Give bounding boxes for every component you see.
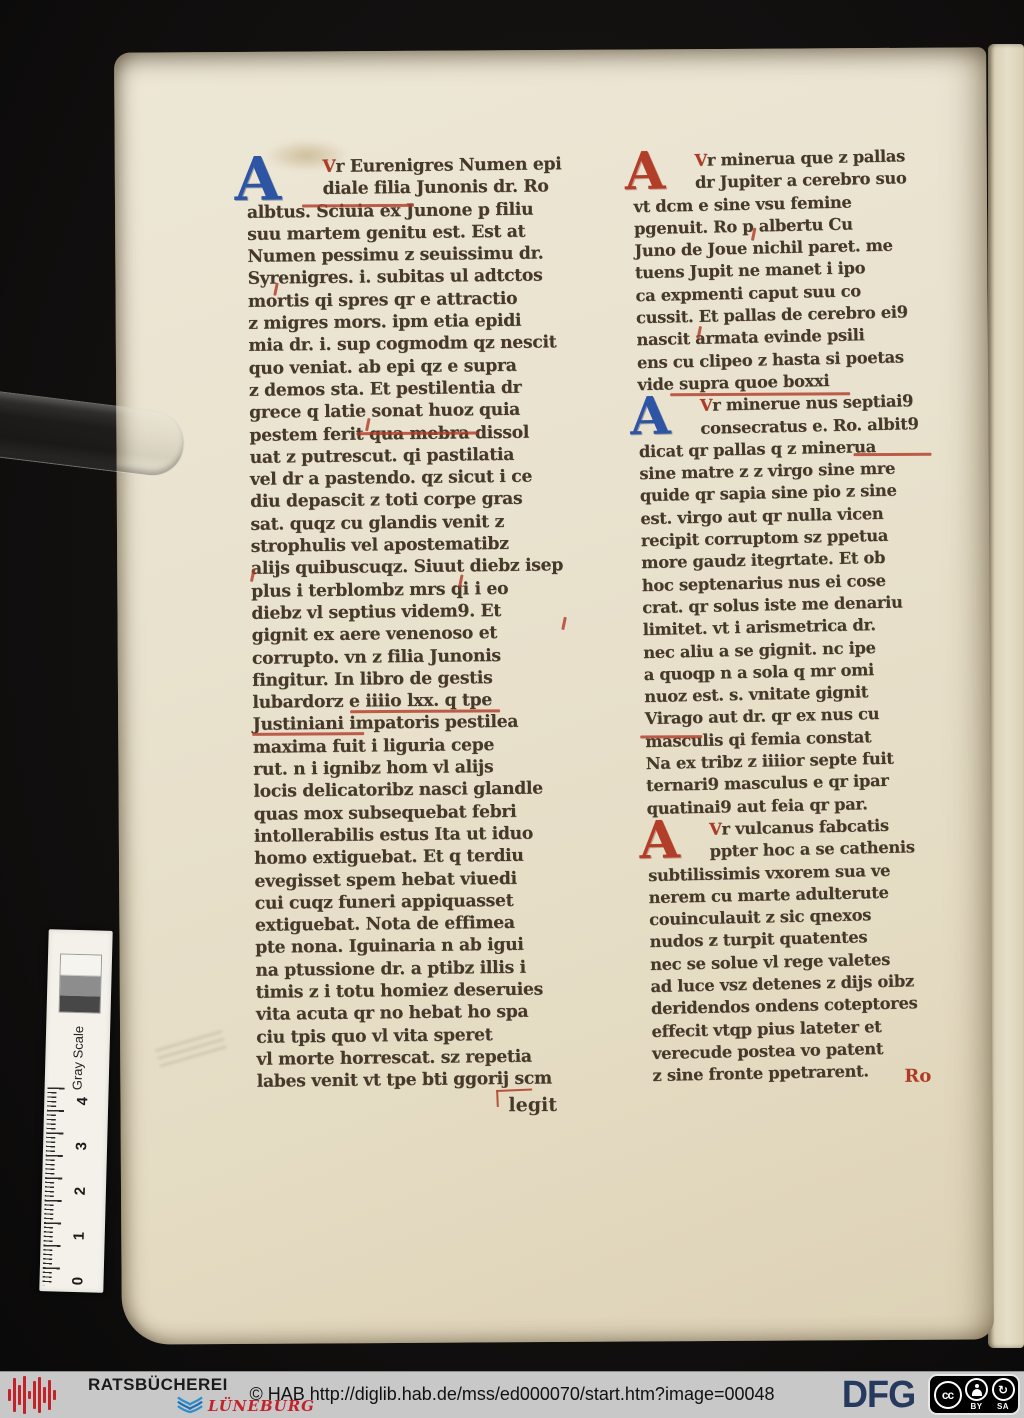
manuscript-left-column: AVr Eurenigres Numen epidiale filia Juno… xyxy=(246,153,629,1094)
rubric-underline xyxy=(640,735,702,738)
facing-page-edge xyxy=(988,44,1024,1348)
sa-label: SA xyxy=(997,1402,1009,1411)
creative-commons-badge: cc BY ↻ SA xyxy=(928,1374,1020,1415)
by-icon xyxy=(965,1378,988,1401)
illuminated-initial: A xyxy=(624,147,665,198)
manuscript-section: AVr minerua que z pallasdr Jupiter a cer… xyxy=(632,144,979,397)
manuscript-page: AVr Eurenigres Numen epidiale filia Juno… xyxy=(114,47,994,1344)
rubric-end-mark: Ro xyxy=(904,1066,931,1087)
ruler-number: 3 xyxy=(73,1137,91,1155)
gray-scale-patches xyxy=(59,954,103,1014)
photo-canvas: AVr Eurenigres Numen epidiale filia Juno… xyxy=(0,0,1024,1418)
by-label: BY xyxy=(970,1402,982,1411)
marginal-ghost-note xyxy=(153,1025,229,1073)
ruler-number: 0 xyxy=(69,1272,87,1290)
catchword: legit xyxy=(508,1094,557,1116)
gray-scale-ruler: Gray Scale 4 3 2 1 0 xyxy=(39,929,112,1293)
sa-icon: ↻ xyxy=(992,1378,1015,1401)
illuminated-initial: A xyxy=(639,815,680,866)
dfg-logo: DFG xyxy=(842,1373,915,1417)
patch-dark-gray xyxy=(60,996,100,1013)
manuscript-section: AVr Eurenigres Numen epidiale filia Juno… xyxy=(246,153,629,1094)
ruler-number: 1 xyxy=(70,1227,88,1245)
cc-icon: cc xyxy=(934,1381,962,1409)
manuscript-section: AVr minerue nus septiai9consecratus e. R… xyxy=(638,389,989,820)
gray-scale-label: Gray Scale xyxy=(45,1025,111,1091)
illuminated-initial: A xyxy=(234,152,281,207)
footer-bar: RATSBÜCHEREI LÜNEBURG © HAB http://digli… xyxy=(0,1371,1024,1418)
ruler-number: 4 xyxy=(74,1092,92,1110)
illuminated-initial: A xyxy=(630,392,671,443)
manuscript-section: AVr vulcanus fabcatisppter hoc a se cath… xyxy=(647,813,995,1088)
rubric-underline xyxy=(854,453,932,456)
patch-mid-gray xyxy=(60,976,101,997)
ruler-number: 2 xyxy=(72,1182,90,1200)
manuscript-line: labes venit vt tpe bti ggorij scm xyxy=(257,1067,629,1094)
patch-white xyxy=(61,955,102,977)
manuscript-right-column: AVr minerua que z pallasdr Jupiter a cer… xyxy=(632,144,994,1088)
